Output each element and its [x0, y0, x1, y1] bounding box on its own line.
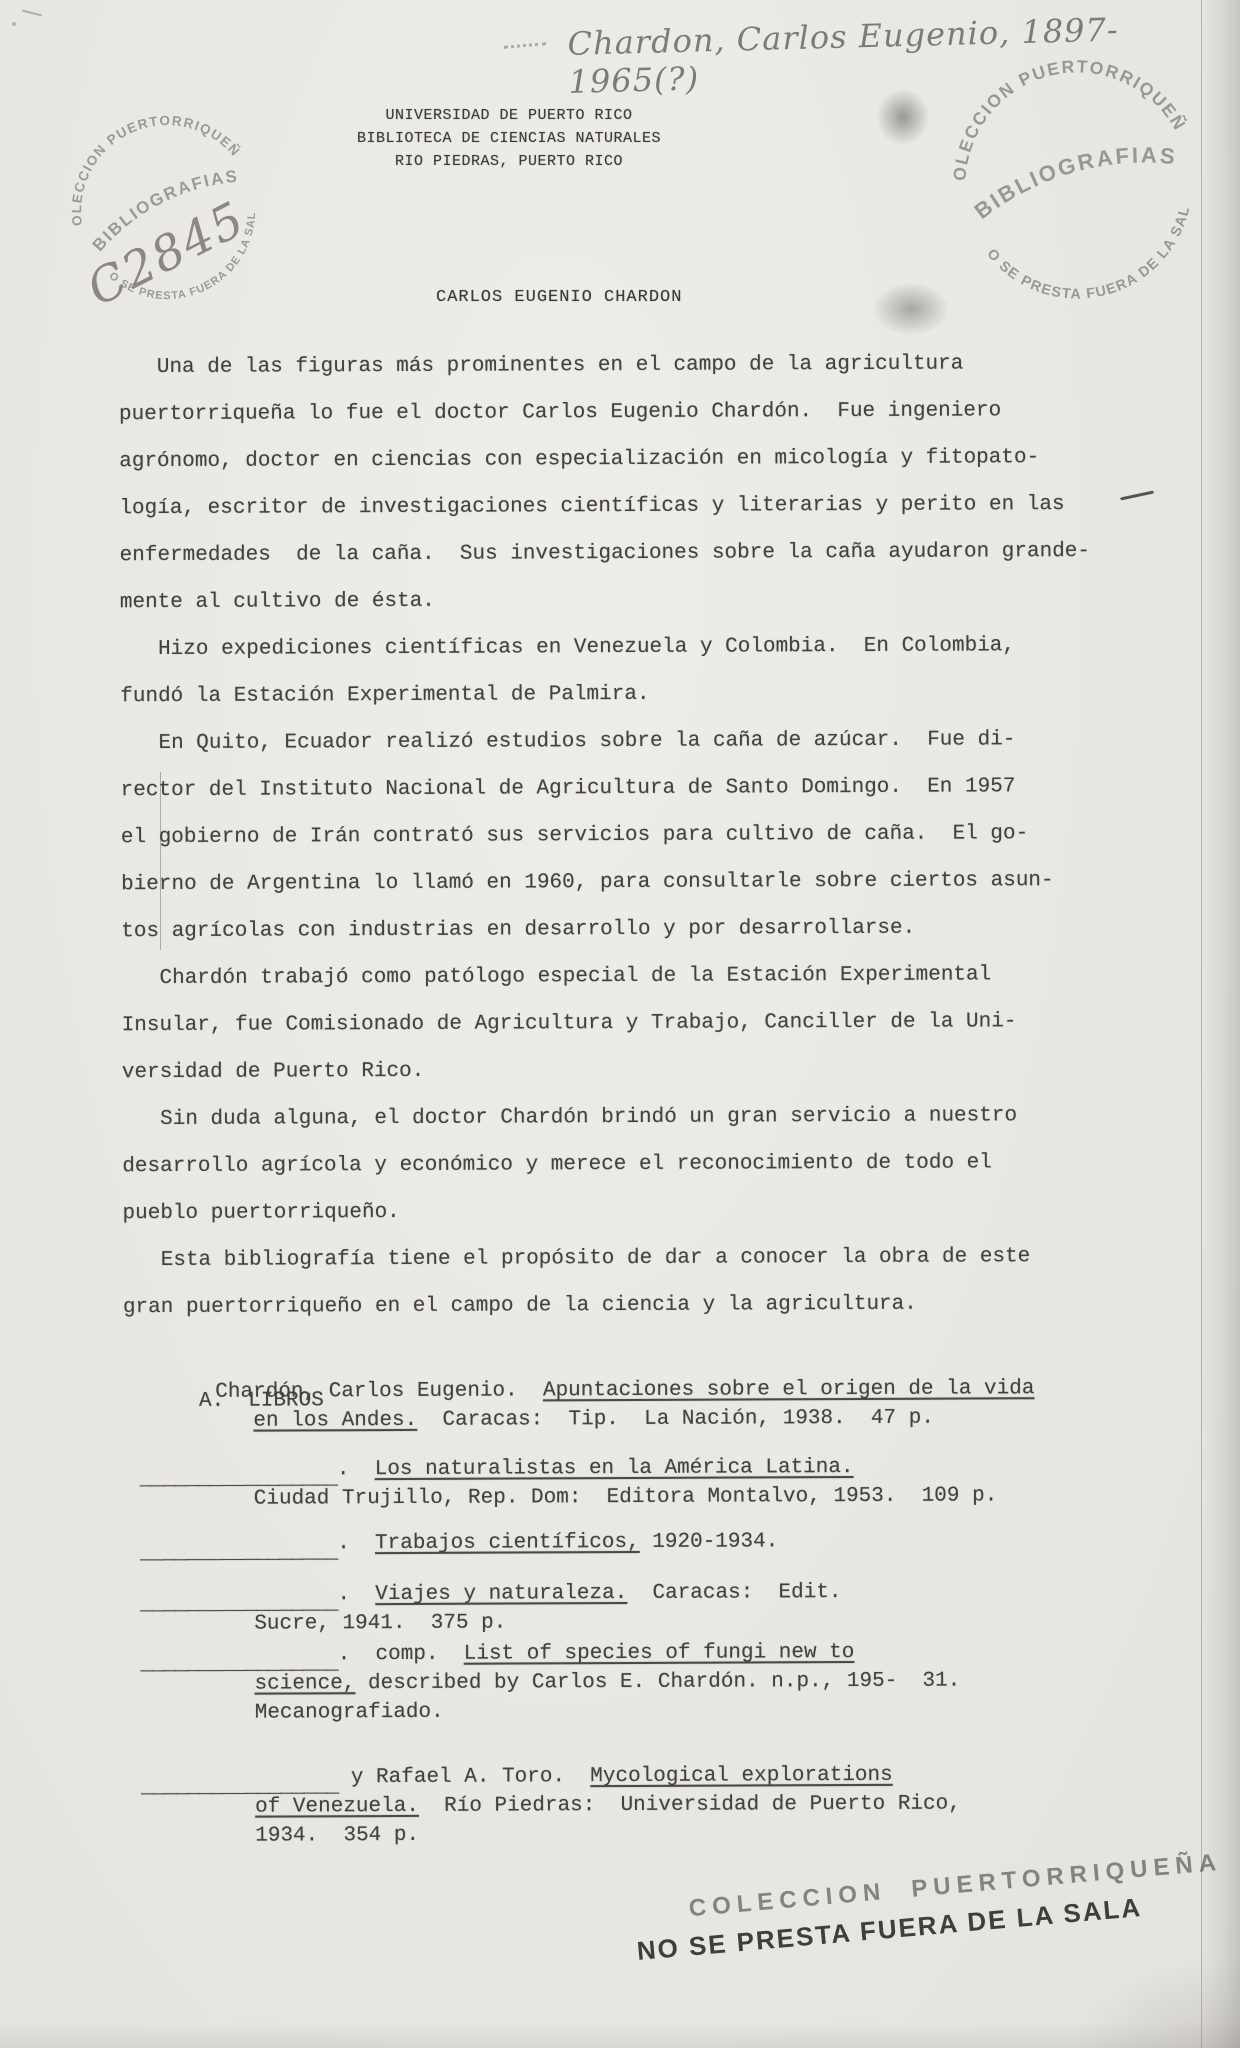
bibliography-entry: _________________ y Rafael A. Toro. Myco… — [125, 1760, 1135, 1851]
bibliography-line: Chardón, Carlos Eugenio. Apuntaciones so… — [215, 1374, 1133, 1407]
bibliography-text: Ciudad Trujillo, Rep. Dom: Editora Monta… — [254, 1484, 998, 1510]
bibliography-text: Caracas: Edit. — [627, 1581, 841, 1605]
bibliography-text: described by Carlos E. Chardón. n.p., 19… — [355, 1670, 960, 1696]
bibliography-text: 1934. 354 p. — [255, 1824, 419, 1848]
underlined-title: Apuntaciones sobre el origen de la vida — [543, 1377, 1035, 1402]
typed-line: rector del Instituto Nacional de Agricul… — [121, 763, 1131, 814]
pencil-mark — [22, 10, 42, 17]
bibliography-entry: _________________. Trabajos científicos,… — [124, 1526, 1134, 1559]
ink-smudge — [872, 282, 950, 336]
typed-line: enfermedades de la caña. Sus investigaci… — [120, 528, 1130, 579]
typed-line: Esta bibliografía tiene el propósito de … — [123, 1233, 1133, 1284]
svg-text:BIBLIOGRAFIAS: BIBLIOGRAFIAS — [963, 128, 1186, 226]
bibliography-text: Río Piedras: Universidad de Puerto Rico, — [419, 1793, 961, 1818]
bibliography-line: _________________ y Rafael A. Toro. Myco… — [141, 1760, 1135, 1793]
bibliography-text: Caracas: Tip. La Nación, 1938. 47 p. — [417, 1407, 934, 1432]
typed-line: bierno de Argentina lo llamó en 1960, pa… — [121, 857, 1131, 908]
typed-line: versidad de Puerto Rico. — [122, 1045, 1132, 1096]
bottom-edge-shadow — [0, 2022, 1240, 2048]
bibliography-text: Mecanografiado. — [255, 1701, 444, 1725]
typed-line: Insular, fue Comisionado de Agricultura … — [122, 998, 1132, 1049]
bibliography-entry: _________________. Los naturalistas en l… — [124, 1452, 1134, 1514]
bibliography-line: of Venezuela. Río Piedras: Universidad d… — [255, 1789, 1135, 1822]
document-body: Una de las figuras más prominentes en el… — [119, 340, 1136, 1851]
typed-rule-dash: _________________ — [140, 1464, 337, 1494]
stamp-center-text: BIBLIOGRAFIAS — [963, 128, 1186, 226]
bibliography-line: Sucre, 1941. 375 p. — [254, 1606, 1134, 1639]
underlined-title: en los Andes. — [253, 1409, 417, 1433]
typed-line: el gobierno de Irán contrató sus servici… — [121, 810, 1131, 861]
underlined-title: Mycological explorations — [590, 1764, 893, 1788]
section-heading: A.LIBROS — [123, 1327, 1133, 1378]
typed-line: Chardón trabajó como patólogo especial d… — [121, 951, 1131, 1002]
typed-line: Hizo expediciones científicas en Venezue… — [120, 622, 1130, 673]
bibliography-entry: _________________. Viajes y naturaleza. … — [124, 1577, 1134, 1639]
scanned-document-page: Chardon, Carlos Eugenio, 1897-1965(?) CO… — [0, 0, 1240, 2048]
underlined-title: List of species of fungi new to — [464, 1641, 855, 1666]
corner-shadow — [1070, 1958, 1240, 2048]
paragraph-block: Una de las figuras más prominentes en el… — [119, 340, 1133, 1331]
pencil-dot — [12, 22, 16, 26]
bibliography-text: 1920-1934. — [640, 1530, 779, 1554]
bibliography-entry: Chardón, Carlos Eugenio. Apuntaciones so… — [123, 1374, 1133, 1436]
typed-line: En Quito, Ecuador realizó estudios sobre… — [120, 716, 1130, 767]
page-title: CARLOS EUGENIO CHARDON — [436, 288, 682, 307]
bibliography-line: _________________. Viajes y naturaleza. … — [140, 1577, 1134, 1610]
bibliography-text: . — [337, 1583, 375, 1606]
letterhead-line: UNIVERSIDAD DE PUERTO RICO — [348, 104, 670, 127]
typed-line: mente al cultivo de ésta. — [120, 575, 1130, 626]
bibliography-line: _________________. Los naturalistas en l… — [140, 1452, 1134, 1485]
typed-line: fundó la Estación Experimental de Palmir… — [120, 669, 1130, 720]
bibliography-line: Mecanografiado. — [255, 1695, 1135, 1728]
typed-rule-dash: _________________ — [140, 1589, 337, 1619]
typed-rule-dash: _________________ — [140, 1538, 337, 1568]
library-stamp-left: COLECCION PUERTORRIQUEÑA BIBLIOGRAFIAS •… — [15, 59, 319, 363]
bibliography-entry: _________________. comp. List of species… — [124, 1637, 1134, 1728]
typed-line: desarrollo agrícola y económico y merece… — [122, 1139, 1132, 1190]
typed-line: gran puertorriqueño en el campo de la ci… — [123, 1280, 1133, 1331]
typed-line: Una de las figuras más prominentes en el… — [119, 340, 1129, 391]
bibliography-text: . — [337, 1532, 375, 1555]
typed-rule-dash: _________________ — [141, 1772, 338, 1802]
typed-line: puertorriqueña lo fue el doctor Carlos E… — [119, 387, 1129, 438]
bibliography-text: . comp. — [338, 1643, 464, 1667]
letterhead: UNIVERSIDAD DE PUERTO RICO BIBLIOTECA DE… — [348, 104, 670, 173]
typed-line: Sin duda alguna, el doctor Chardón brind… — [122, 1092, 1132, 1143]
bibliography-line: en los Andes. Caracas: Tip. La Nación, 1… — [253, 1403, 1133, 1436]
typed-line: tos agrícolas con industrias en desarrol… — [121, 904, 1131, 955]
bibliography-line: _________________. Trabajos científicos,… — [140, 1526, 1134, 1559]
bibliography-line: 1934. 354 p. — [255, 1818, 1135, 1851]
typed-rule-dash: _________________ — [140, 1649, 337, 1679]
bibliography-line: Ciudad Trujillo, Rep. Dom: Editora Monta… — [254, 1481, 1134, 1514]
typed-line: logía, escritor de investigaciones cient… — [119, 481, 1129, 532]
bibliography-block: Chardón, Carlos Eugenio. Apuntaciones so… — [123, 1374, 1135, 1851]
underlined-title: Los naturalistas en la América Latina. — [375, 1456, 854, 1481]
bibliography-text: . — [337, 1458, 375, 1481]
letterhead-line: RIO PIEDRAS, PUERTO RICO — [348, 150, 670, 173]
bibliography-text: Chardón, Carlos Eugenio. — [215, 1379, 543, 1403]
underlined-title: Viajes y naturaleza. — [375, 1582, 627, 1606]
underlined-title: Trabajos científicos, — [375, 1531, 640, 1555]
handwritten-dash — [504, 42, 546, 49]
bibliography-text: y Rafael A. Toro. — [338, 1765, 590, 1789]
typed-line: pueblo puertorriqueño. — [122, 1186, 1132, 1237]
bibliography-line: science, described by Carlos E. Chardón.… — [255, 1666, 1135, 1699]
letterhead-line: BIBLIOTECA DE CIENCIAS NATURALES — [348, 127, 670, 150]
typed-line: agrónomo, doctor en ciencias con especia… — [119, 434, 1129, 485]
bibliography-line: _________________. comp. List of species… — [140, 1637, 1134, 1670]
